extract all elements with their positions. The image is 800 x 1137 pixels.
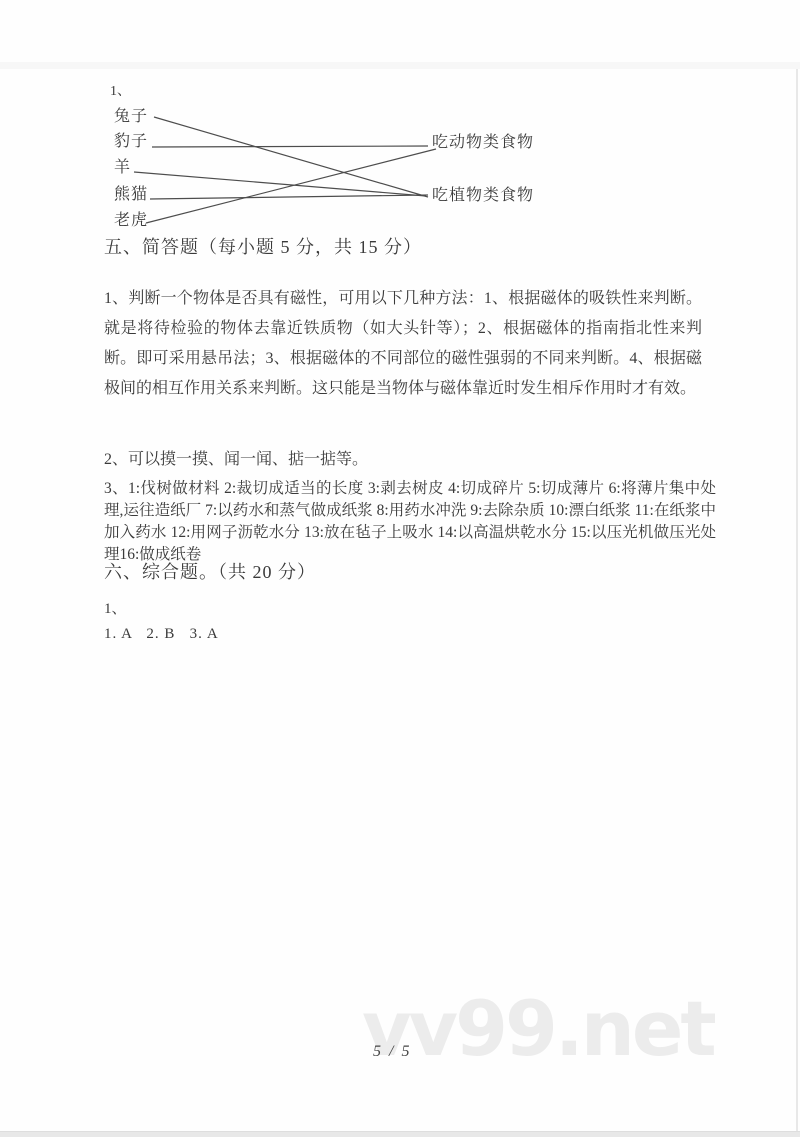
match-left-panda: 熊猫 bbox=[114, 186, 148, 203]
match-line-tiger-animal bbox=[146, 149, 436, 223]
page-right-edge bbox=[796, 69, 798, 1131]
watermark-text: vv99.net bbox=[362, 994, 714, 1064]
exam-answer-page: vv99.net 1、 兔子 豹子 羊 熊猫 老虎 吃动物类食物 吃植物类食物 … bbox=[0, 0, 800, 1137]
match-line-sheep-plant bbox=[134, 172, 426, 196]
match-line-panda-plant bbox=[150, 195, 428, 199]
section6-mc-answers: 1. A 2. B 3. A bbox=[104, 625, 219, 643]
section5-answer2: 2、可以摸一摸、闻一闻、掂一掂等。 bbox=[104, 445, 702, 475]
section5-heading: 五、简答题（每小题 5 分，共 15 分） bbox=[104, 236, 422, 258]
match-left-rabbit: 兔子 bbox=[114, 108, 148, 125]
match-line-leopard-animal bbox=[152, 146, 428, 147]
match-line-rabbit-plant bbox=[154, 117, 428, 197]
page-gap-top-band bbox=[0, 62, 800, 69]
section5-answer3: 3、1:伐树做材料 2:裁切成适当的长度 3:剥去树皮 4:切成碎片 5:切成薄… bbox=[104, 478, 716, 566]
section6-q1-label: 1、 bbox=[104, 600, 127, 618]
match-left-sheep: 羊 bbox=[114, 159, 131, 176]
section5-answer1: 1、判断一个物体是否具有磁性，可用以下几种方法：1、根据磁体的吸铁性来判断。就是… bbox=[104, 284, 702, 404]
match-left-leopard: 豹子 bbox=[114, 133, 148, 150]
match-right-plant-food: 吃植物类食物 bbox=[432, 187, 534, 204]
match-left-tiger: 老虎 bbox=[114, 212, 148, 229]
matching-question-number: 1、 bbox=[110, 84, 131, 100]
match-right-animal-food: 吃动物类食物 bbox=[432, 134, 534, 151]
page-number: 5 / 5 bbox=[373, 1042, 411, 1062]
page-bottom-edge bbox=[0, 1131, 800, 1137]
section6-heading: 六、综合题。（共 20 分） bbox=[104, 561, 316, 583]
